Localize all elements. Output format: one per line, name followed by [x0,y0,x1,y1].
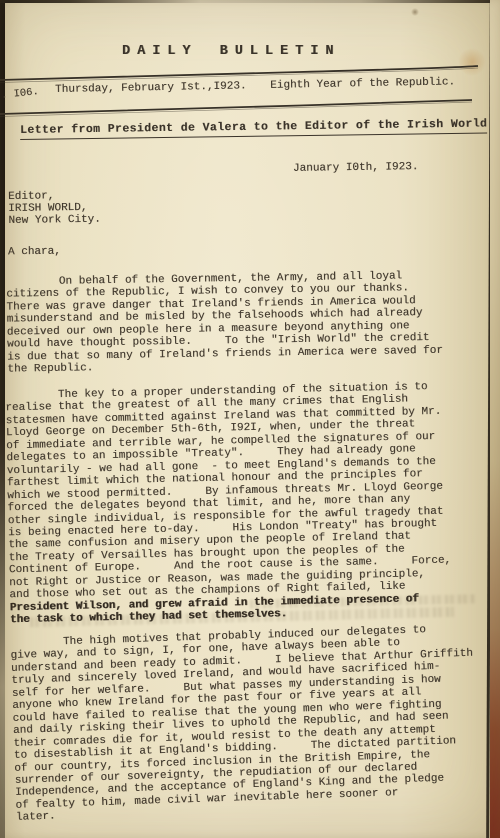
letter-date: January I0th, I923. [293,161,419,175]
scanned-document-page: DAILY BULLETIN . I06. Thursday, February… [0,0,500,838]
salutation: A chara, [8,246,61,259]
paragraph-2-text: The key to a proper understanding of the… [5,381,451,601]
letter-paragraph-3: The high motives that probably induced o… [10,622,490,824]
recipient-address-block: Editor, IRISH WORLD, New York City. [8,190,101,227]
letter-paragraph-2: The key to a proper understanding of the… [5,380,494,627]
letter-paragraph-1: On behalf of the Government, the Army, a… [6,269,486,376]
